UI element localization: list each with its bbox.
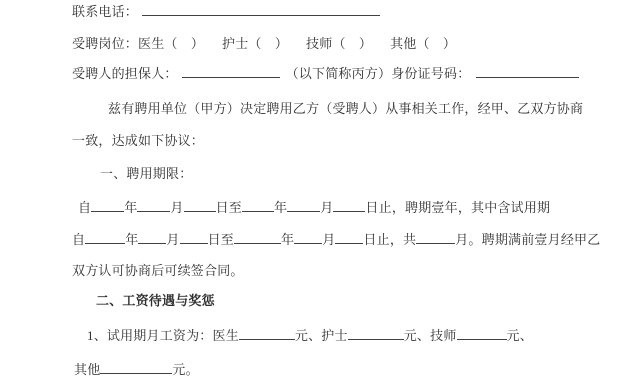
position-label: 受聘岗位： [72, 36, 138, 51]
term2-seg-year: 年 [125, 232, 138, 247]
salary-seg-technician: 元、技师 [404, 328, 457, 343]
month-blank [294, 230, 322, 244]
term1-seg-from: 自 [78, 200, 91, 215]
section-1-heading: 一、聘用期限： [100, 165, 192, 182]
term-dates-line-1: 自年月日至年月日止，聘期壹年，其中含试用期 [78, 198, 550, 216]
day-blank [333, 198, 365, 212]
total-months-blank [416, 230, 455, 244]
guarantor-line: 受聘人的担保人：（以下简称丙方）身份证号码： [72, 64, 579, 82]
guarantor-label: 受聘人的担保人： [72, 66, 178, 81]
term2-seg-to: 日至 [208, 232, 234, 247]
other-salary-blank [100, 360, 172, 374]
term1-seg-year2: 年 [274, 200, 287, 215]
probation-salary-line-2: 其他元。 [74, 360, 199, 378]
contact-phone-label: 联系电话： [72, 4, 138, 19]
term2-seg-from: 自 [72, 232, 85, 247]
term2-seg-month2: 月 [322, 232, 335, 247]
term1-seg-month: 月 [170, 200, 183, 215]
section-2-heading: 二、工资待遇与奖惩 [96, 292, 215, 309]
technician-salary-blank [457, 326, 507, 340]
position-line: 受聘岗位：医生（ ）护士（ ）技师（ ）其他（ ） [72, 35, 456, 52]
term1-seg-month2: 月 [320, 200, 333, 215]
section-1-title: 一、聘用期限： [100, 166, 192, 181]
guarantor-name-blank [182, 64, 280, 78]
term-renewal-text: 双方认可协商后可续签合同。 [72, 263, 244, 278]
term2-seg-month: 月 [166, 232, 179, 247]
term2-seg-year2: 年 [281, 232, 294, 247]
day-blank [180, 230, 208, 244]
contact-phone-blank [142, 2, 380, 16]
month-blank [287, 198, 320, 212]
year-blank [91, 198, 124, 212]
position-option-nurse: 护士（ ） [222, 36, 288, 51]
nurse-salary-blank [348, 326, 404, 340]
term2-seg-total: 日止，共 [363, 232, 416, 247]
intro-paragraph-line-2: 一致，达成如下协议： [72, 132, 204, 149]
day-blank [335, 230, 363, 244]
intro-text-2: 一致，达成如下协议： [72, 133, 204, 148]
doctor-salary-blank [239, 326, 295, 340]
salary-seg-yuan: 元、 [507, 328, 533, 343]
term-renewal-line: 双方认可协商后可续签合同。 [72, 262, 244, 279]
term-dates-line-2: 自年月日至年月日止，共月。聘期满前壹月经甲乙 [72, 230, 600, 248]
section-2-title: 二、工资待遇与奖惩 [96, 293, 215, 308]
salary-seg-other: 其他 [74, 362, 100, 377]
year-blank [234, 230, 281, 244]
salary-seg-nurse: 元、护士 [295, 328, 348, 343]
salary-seg-yuan-end: 元。 [172, 362, 198, 377]
contract-document-page: 联系电话： 受聘岗位：医生（ ）护士（ ）技师（ ）其他（ ） 受聘人的担保人：… [0, 0, 626, 386]
id-number-label: （以下简称丙方）身份证号码： [286, 66, 471, 81]
id-number-blank [476, 64, 579, 78]
position-option-other: 其他（ ） [390, 36, 456, 51]
position-option-technician: 技师（ ） [306, 36, 372, 51]
salary-seg-doctor: 1、试用期月工资为：医生 [87, 328, 239, 343]
intro-text-1: 兹有聘用单位（甲方）决定聘用乙方（受聘人）从事相关工作，经甲、乙双方协商 [108, 101, 583, 116]
month-blank [137, 198, 170, 212]
year-blank [242, 198, 274, 212]
year-blank [85, 230, 125, 244]
term2-seg-end: 月。聘期满前壹月经甲乙 [455, 232, 600, 247]
day-blank [184, 198, 216, 212]
position-option-doctor: 医生（ ） [138, 36, 204, 51]
intro-paragraph-line-1: 兹有聘用单位（甲方）决定聘用乙方（受聘人）从事相关工作，经甲、乙双方协商 [108, 100, 583, 117]
contact-phone-line: 联系电话： [72, 2, 380, 20]
probation-salary-line-1: 1、试用期月工资为：医生元、护士元、技师元、 [87, 326, 533, 344]
term1-seg-end: 日止，聘期壹年，其中含试用期 [365, 200, 550, 215]
term1-seg-to: 日至 [216, 200, 242, 215]
month-blank [138, 230, 166, 244]
term1-seg-year: 年 [124, 200, 137, 215]
